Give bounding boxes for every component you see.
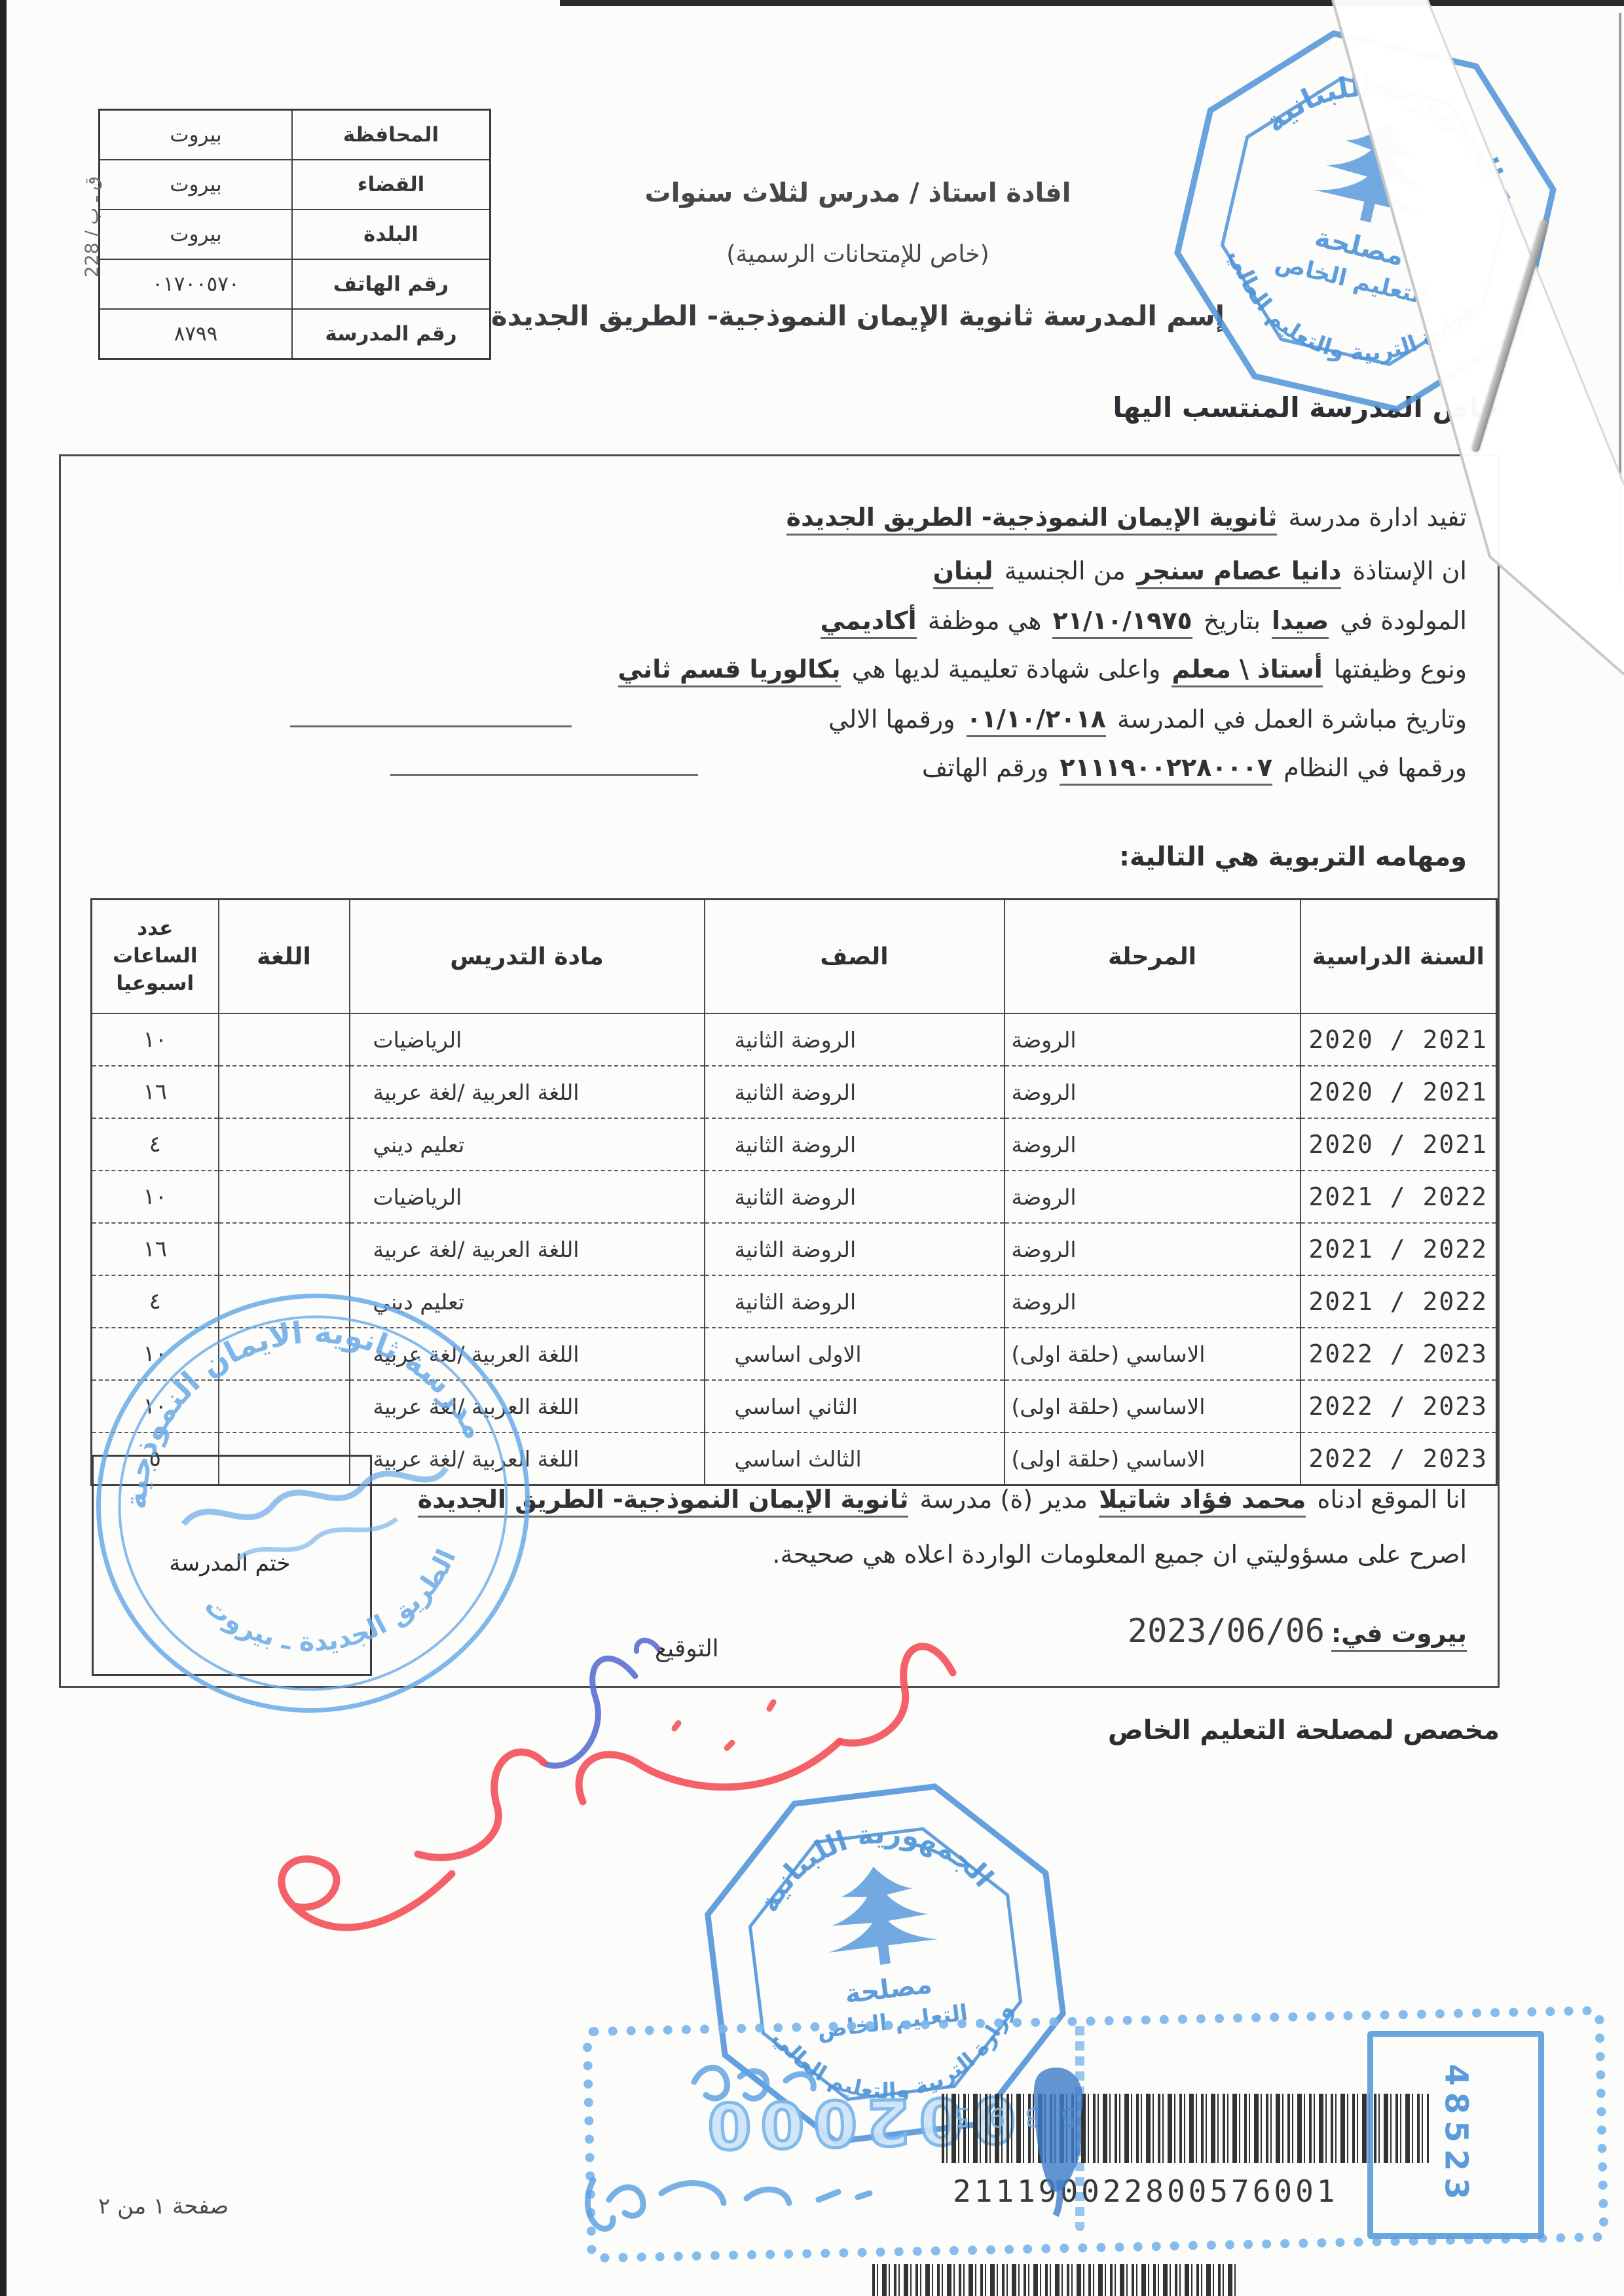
cell-hours: ٤ <box>92 1118 219 1171</box>
closing-line-1: انا الموقع ادناه محمد فؤاد شاتيلا مدير (… <box>415 1485 1467 1514</box>
info-row: المحافظة بيروت <box>100 110 490 160</box>
cell-hours: ١٦ <box>92 1066 219 1118</box>
margin-reference-number: 228 / ق ـ ب <box>81 129 103 325</box>
date-line: بيروت في:2023/06/06 <box>1121 1612 1467 1650</box>
info-value: بيروت <box>100 110 293 160</box>
info-label: رقم الهاتف <box>292 259 490 309</box>
cell-language <box>219 1013 350 1066</box>
school-name: ثانوية الإيمان النموذجية- الطريق الجديدة <box>491 300 1034 332</box>
cell-stage: الروضة <box>1005 1171 1301 1223</box>
info-value: ٨٧٩٩ <box>100 309 293 359</box>
employment-start-date: ٠١/١٠/٢٠١٨ <box>967 704 1106 737</box>
cell-class: الاولى اساسي <box>705 1328 1005 1380</box>
nationality: لبنان <box>933 556 993 589</box>
info-label: البلدة <box>292 210 490 259</box>
col-header-stage: المرحلة <box>1005 900 1301 1014</box>
cell-year: 2022 / 2023 <box>1301 1328 1497 1380</box>
page-number: صفحة ١ من ٢ <box>98 2193 229 2219</box>
document-subtitle: (خاص للإمتحانات الرسمية) <box>485 241 1231 268</box>
cell-language <box>219 1118 350 1171</box>
cell-year: 2020 / 2021 <box>1301 1118 1497 1171</box>
school-stamp-script <box>182 1461 448 1531</box>
employee-type: أكاديمي <box>821 606 917 639</box>
school-name-underlined: ثانوية الإيمان النموذجية- الطريق الجديدة <box>786 503 1278 536</box>
col-header-language: اللغة <box>219 900 350 1014</box>
cell-class: الروضة الثانية <box>705 1275 1005 1328</box>
scan-edge-left <box>0 0 7 2296</box>
cell-stage: الروضة <box>1005 1275 1301 1328</box>
school-info-table-body: المحافظة بيروت القضاء بيروت البلدة بيروت… <box>100 110 490 359</box>
text: واعلى شهادة تعليمية لديها هي <box>844 655 1169 683</box>
info-value: ٠١٧٠٠٥٧٠ <box>100 259 293 309</box>
text: مدير (ة) مدرسة <box>912 1485 1096 1514</box>
cell-stage: الروضة <box>1005 1013 1301 1066</box>
cell-stage: الاساسي (حلقة اولى) <box>1005 1380 1301 1432</box>
date-value: 2023/06/06 <box>1128 1612 1325 1650</box>
cell-language <box>219 1066 350 1118</box>
cell-stage: الروضة <box>1005 1118 1301 1171</box>
barcode-partial-bottom <box>872 2264 1239 2296</box>
text: ورقمها في النظام <box>1276 753 1467 782</box>
cell-subject: تعليم ديني <box>350 1118 705 1171</box>
paragraph-line-6: ورقمها في النظام ٢١١١٩٠٠٢٢٨٠٠٠٧ ورقم اله… <box>390 753 1467 782</box>
info-label: رقم المدرسة <box>292 309 490 359</box>
blue-handwriting <box>570 2003 1146 2265</box>
cedar-icon <box>818 1860 940 1971</box>
cell-hours: ١٦ <box>92 1223 219 1275</box>
cell-stage: الاساسي (حلقة اولى) <box>1005 1432 1301 1485</box>
document-title: افادة استاذ / مدرس لثلاث سنوات <box>485 178 1231 208</box>
info-value: بيروت <box>100 210 293 259</box>
birth-date: ٢١/١٠/١٩٧٥ <box>1052 606 1192 639</box>
page-fold <box>1231 0 1624 720</box>
degree: بكالوريا قسم ثاني <box>618 655 841 687</box>
cell-year: 2022 / 2023 <box>1301 1432 1497 1485</box>
cell-year: 2022 / 2023 <box>1301 1380 1497 1432</box>
duties-row: 2020 / 2021 الروضة الروضة الثانية اللغة … <box>92 1066 1497 1118</box>
col-header-year: السنة الدراسية <box>1301 900 1497 1014</box>
cell-language <box>219 1223 350 1275</box>
col-header-class: الصف <box>705 900 1005 1014</box>
text: انا الموقع ادناه <box>1309 1485 1467 1514</box>
cell-stage: الروضة <box>1005 1223 1301 1275</box>
cell-subject: الرياضيات <box>350 1013 705 1066</box>
info-row: القضاء بيروت <box>100 160 490 210</box>
col-header-subject: مادة التدريس <box>350 900 705 1014</box>
principal-name: محمد فؤاد شاتيلا <box>1099 1485 1306 1518</box>
duties-title: ومهامه التربوية هي التالية: <box>1119 842 1467 872</box>
school-name-line: إسم المدرسة ثانوية الإيمان النموذجية- ال… <box>485 300 1231 332</box>
duties-row: 2020 / 2021 الروضة الروضة الثانية تعليم … <box>92 1118 1497 1171</box>
duties-row: 2020 / 2021 الروضة الروضة الثانية الرياض… <box>92 1013 1497 1066</box>
cell-year: 2021 / 2022 <box>1301 1171 1497 1223</box>
info-row: رقم الهاتف ٠١٧٠٠٥٧٠ <box>100 259 490 309</box>
info-value: بيروت <box>100 160 293 210</box>
text: ورقم الهاتف <box>914 753 1057 782</box>
system-number: ٢١١١٩٠٠٢٢٨٠٠٠٧ <box>1060 753 1272 786</box>
cell-subject: الرياضيات <box>350 1171 705 1223</box>
cell-class: الروضة الثانية <box>705 1118 1005 1171</box>
info-row: رقم المدرسة ٨٧٩٩ <box>100 309 490 359</box>
cell-class: الروضة الثانية <box>705 1013 1005 1066</box>
info-label: القضاء <box>292 160 490 210</box>
cell-year: 2021 / 2022 <box>1301 1223 1497 1275</box>
school-info-table: المحافظة بيروت القضاء بيروت البلدة بيروت… <box>98 109 491 360</box>
closing-line-2: اصرح على مسؤوليتي ان جميع المعلومات الوا… <box>772 1540 1467 1569</box>
cell-class: الروضة الثانية <box>705 1171 1005 1223</box>
cell-year: 2020 / 2021 <box>1301 1013 1497 1066</box>
cell-year: 2020 / 2021 <box>1301 1066 1497 1118</box>
text: ورقمها الالي <box>821 704 963 733</box>
cell-subject: اللغة العربية /لغة عربية <box>350 1066 705 1118</box>
cell-hours: ١٠ <box>92 1013 219 1066</box>
cell-class: الروضة الثانية <box>705 1223 1005 1275</box>
date-label: بيروت في: <box>1331 1619 1467 1652</box>
cell-class: الروضة الثانية <box>705 1066 1005 1118</box>
col-header-hours: عدد الساعات اسبوعيا <box>92 900 219 1014</box>
duties-header-row: السنة الدراسية المرحلة الصف مادة التدريس… <box>92 900 1497 1014</box>
duties-row: 2021 / 2022 الروضة الروضة الثانية الرياض… <box>92 1171 1497 1223</box>
cell-class: الثالث اساسي <box>705 1432 1005 1485</box>
text: هي موظفة <box>920 606 1050 635</box>
blue-number-box-stamp: 48523 <box>1367 2031 1544 2239</box>
info-row: البلدة بيروت <box>100 210 490 259</box>
cell-hours: ١٠ <box>92 1171 219 1223</box>
footer-note: مخصص لمصلحة التعليم الخاص <box>1108 1715 1500 1745</box>
blank-field-automated-number <box>290 704 572 727</box>
duties-table-head: السنة الدراسية المرحلة الصف مادة التدريس… <box>92 900 1497 1014</box>
scanned-certificate-page: المحافظة بيروت القضاء بيروت البلدة بيروت… <box>0 0 1624 2296</box>
blue-box-number: 48523 <box>1437 2064 1474 2206</box>
blank-field-phone <box>390 753 698 776</box>
duties-row: 2021 / 2022 الروضة الروضة الثانية اللغة … <box>92 1223 1497 1275</box>
cell-stage: الاساسي (حلقة اولى) <box>1005 1328 1301 1380</box>
cell-language <box>219 1171 350 1223</box>
cell-class: الثاني اساسي <box>705 1380 1005 1432</box>
info-label: المحافظة <box>292 110 490 160</box>
text: من الجنسية <box>997 556 1134 585</box>
cell-year: 2021 / 2022 <box>1301 1275 1497 1328</box>
cell-stage: الروضة <box>1005 1066 1301 1118</box>
